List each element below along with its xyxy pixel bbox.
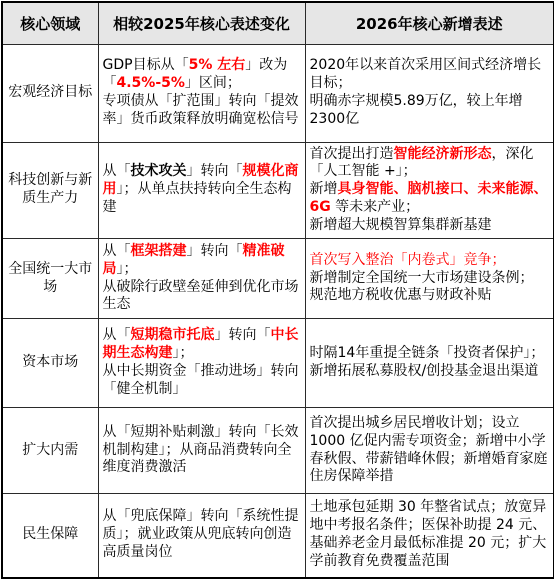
cell-new-2026: 土地承包延期 30 年整省试点；放宽异地中考报名条件；医保补助提 24 元、基础… [305, 494, 554, 578]
header-change-vs-2025: 相较2025年核心表述变化 [98, 2, 305, 44]
text-segment: 从中长期资金「推动进场」转向「健全机制」 [103, 363, 299, 397]
cell-core-area: 全国统一大市场 [2, 239, 98, 319]
text-segment: 新增制定全国统一大市场建设条例； [310, 270, 534, 286]
text-segment: 专项债从「扩范围」转向「提效率」货币政策释放明确宽松信号 [103, 93, 299, 127]
text-segment: 从「短期补贴刺激」转向「长效机制构建」；从商品消费转向全维度消费激活 [103, 424, 299, 476]
text-segment: 从「 [103, 243, 131, 259]
cell-core-area: 民生保障 [2, 494, 98, 578]
text-segment: 技术攻关 [131, 163, 187, 179]
cell-change-vs-2025: GDP目标从「5% 左右」改为「4.5%-5%」区间；专项债从「扩范围」转向「提… [98, 44, 305, 142]
text-segment: 」转向「 [215, 327, 271, 343]
table-row: 科技创新与新质生产力从「技术攻关」转向「规模化商用」；从单点扶持转向全生态构建首… [2, 142, 554, 239]
text-segment: 」； [117, 261, 138, 277]
text-segment: 新增 [310, 181, 338, 197]
table-body: 宏观经济目标GDP目标从「5% 左右」改为「4.5%-5%」区间；专项债从「扩范… [2, 44, 554, 578]
text-segment: 首次写入整治「内卷式」竞争； [310, 252, 506, 268]
table-row: 扩大内需从「短期补贴刺激」转向「长效机制构建」；从商品消费转向全维度消费激活首次… [2, 408, 554, 494]
cell-new-2026: 首次提出城乡居民增收计划；设立1000 亿促内需专项资金；新增中小学春秋假、带薪… [305, 408, 554, 494]
cell-core-area: 扩大内需 [2, 408, 98, 494]
cell-change-vs-2025: 从「短期稳市托底」转向「中长期生态构建」；从中长期资金「推动进场」转向「健全机制… [98, 319, 305, 408]
header-core-area: 核心领域 [2, 2, 98, 44]
text-segment: 土地承包延期 30 年整省试点；放宽异地中考报名条件；医保补助提 24 元、基础… [310, 499, 547, 569]
table-row: 民生保障从「兜底保障」转向「系统性提质」；就业政策从兜底转向创造高质量岗位土地承… [2, 494, 554, 578]
table-row: 资本市场从「短期稳市托底」转向「中长期生态构建」；从中长期资金「推动进场」转向「… [2, 319, 554, 408]
cell-core-area: 资本市场 [2, 319, 98, 408]
text-segment: 从「 [103, 163, 131, 179]
table-row: 全国统一大市场从「框架搭建」转向「精准破局」；从破除行政壁垒延伸到优化市场生态首… [2, 239, 554, 319]
text-segment: GDP目标从「 [103, 57, 189, 73]
text-segment: 」区间； [185, 75, 241, 91]
text-segment: 从「兜底保障」转向「系统性提质」；就业政策从兜底转向创造高质量岗位 [103, 508, 299, 560]
text-segment: 从「 [103, 327, 131, 343]
cell-change-vs-2025: 从「技术攻关」转向「规模化商用」；从单点扶持转向全生态构建 [98, 142, 305, 239]
policy-comparison-table: 核心领域 相较2025年核心表述变化 2026年核心新增表述 宏观经济目标GDP… [1, 1, 554, 579]
text-segment: 新增超大规模智算集群新基建 [310, 217, 492, 233]
text-segment: 」转向「 [187, 243, 243, 259]
cell-core-area: 宏观经济目标 [2, 44, 98, 142]
header-new-2026: 2026年核心新增表述 [305, 2, 554, 44]
cell-new-2026: 首次提出打造智能经济新形态，深化「人工智能 +」；新增具身智能、脑机接口、未来能… [305, 142, 554, 239]
page-canvas: 核心领域 相较2025年核心表述变化 2026年核心新增表述 宏观经济目标GDP… [0, 0, 554, 579]
cell-change-vs-2025: 从「框架搭建」转向「精准破局」；从破除行政壁垒延伸到优化市场生态 [98, 239, 305, 319]
text-segment: 首次提出打造 [310, 146, 394, 162]
text-segment: 2020年以来首次采用区间式经济增长目标； [310, 57, 542, 91]
cell-core-area: 科技创新与新质生产力 [2, 142, 98, 239]
text-segment: 短期稳市托底 [131, 327, 215, 343]
text-segment: 」； [173, 345, 194, 361]
cell-change-vs-2025: 从「兜底保障」转向「系统性提质」；就业政策从兜底转向创造高质量岗位 [98, 494, 305, 578]
text-segment: 」；从单点扶持转向全生态构建 [103, 181, 292, 215]
text-segment: 智能经济新形态 [394, 146, 492, 162]
text-segment: 规范地方税收优惠与财政补贴 [310, 287, 492, 303]
text-segment: 首次提出城乡居民增收计划；设立1000 亿促内需专项资金；新增中小学春秋假、带薪… [310, 415, 548, 485]
text-segment: 5% 左右 [189, 57, 246, 73]
text-segment: 框架搭建 [131, 243, 187, 259]
text-segment: 」转向「 [187, 163, 243, 179]
text-segment: 从破除行政壁垒延伸到优化市场生态 [103, 279, 299, 313]
cell-new-2026: 2020年以来首次采用区间式经济增长目标；明确赤字规模5.89万亿，较上年增23… [305, 44, 554, 142]
table-row: 宏观经济目标GDP目标从「5% 左右」改为「4.5%-5%」区间；专项债从「扩范… [2, 44, 554, 142]
text-segment: 新增拓展私募股权/创投基金退出渠道 [310, 363, 539, 379]
text-segment: 等未来产业； [331, 199, 419, 215]
text-segment: 4.5%-5% [117, 75, 185, 91]
header-row: 核心领域 相较2025年核心表述变化 2026年核心新增表述 [2, 2, 554, 44]
cell-change-vs-2025: 从「短期补贴刺激」转向「长效机制构建」；从商品消费转向全维度消费激活 [98, 408, 305, 494]
cell-new-2026: 时隔14年重提全链条「投资者保护」；新增拓展私募股权/创投基金退出渠道 [305, 319, 554, 408]
text-segment: 明确赤字规模5.89万亿，较上年增2300亿 [310, 93, 523, 127]
text-segment: 时隔14年重提全链条「投资者保护」； [310, 345, 545, 361]
cell-new-2026: 首次写入整治「内卷式」竞争；新增制定全国统一大市场建设条例；规范地方税收优惠与财… [305, 239, 554, 319]
